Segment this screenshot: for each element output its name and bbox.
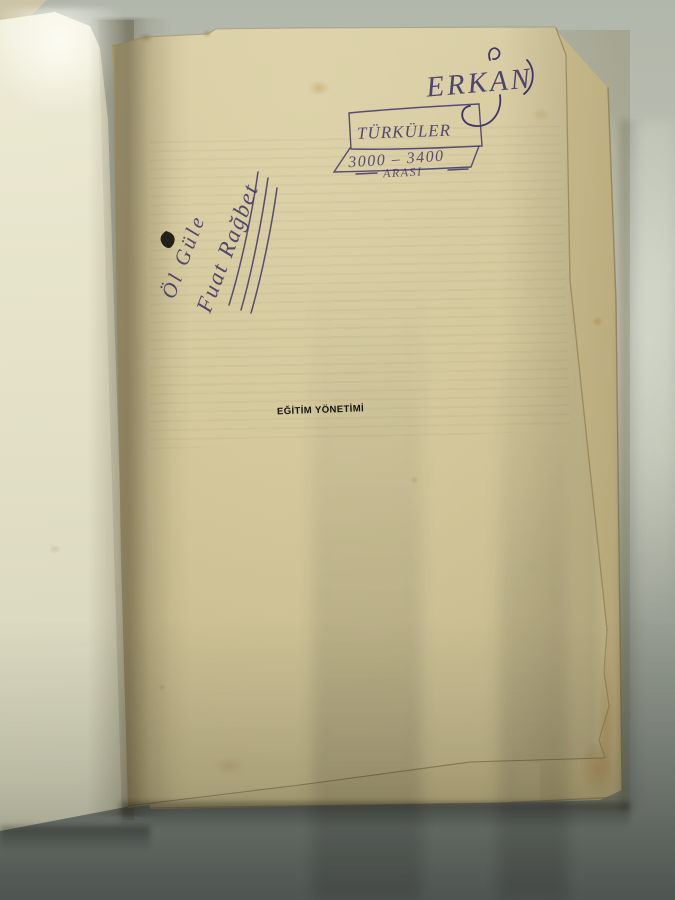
flourish-loop-icon <box>489 48 499 60</box>
inscription-line2-text: Fuat Rağbet <box>191 180 264 317</box>
owner-name-text: ERKAN <box>424 62 534 103</box>
tag-dash-right <box>448 169 468 170</box>
ink-blot <box>161 231 175 248</box>
book-photo: ERKAN TÜRKÜLER 3000 – 3400 ARASI Öl Güle… <box>0 0 675 900</box>
vignette-bottom <box>0 620 675 900</box>
handwritten-name: ERKAN <box>424 48 534 126</box>
tag-dash-left <box>356 173 377 174</box>
tag-line3-text: ARASI <box>382 164 423 180</box>
handwritten-inscription: Öl Güle Fuat Rağbet <box>156 180 263 317</box>
hand-drawn-tag: TÜRKÜLER 3000 – 3400 ARASI <box>334 104 482 180</box>
tag-line1-text: TÜRKÜLER <box>357 121 452 143</box>
